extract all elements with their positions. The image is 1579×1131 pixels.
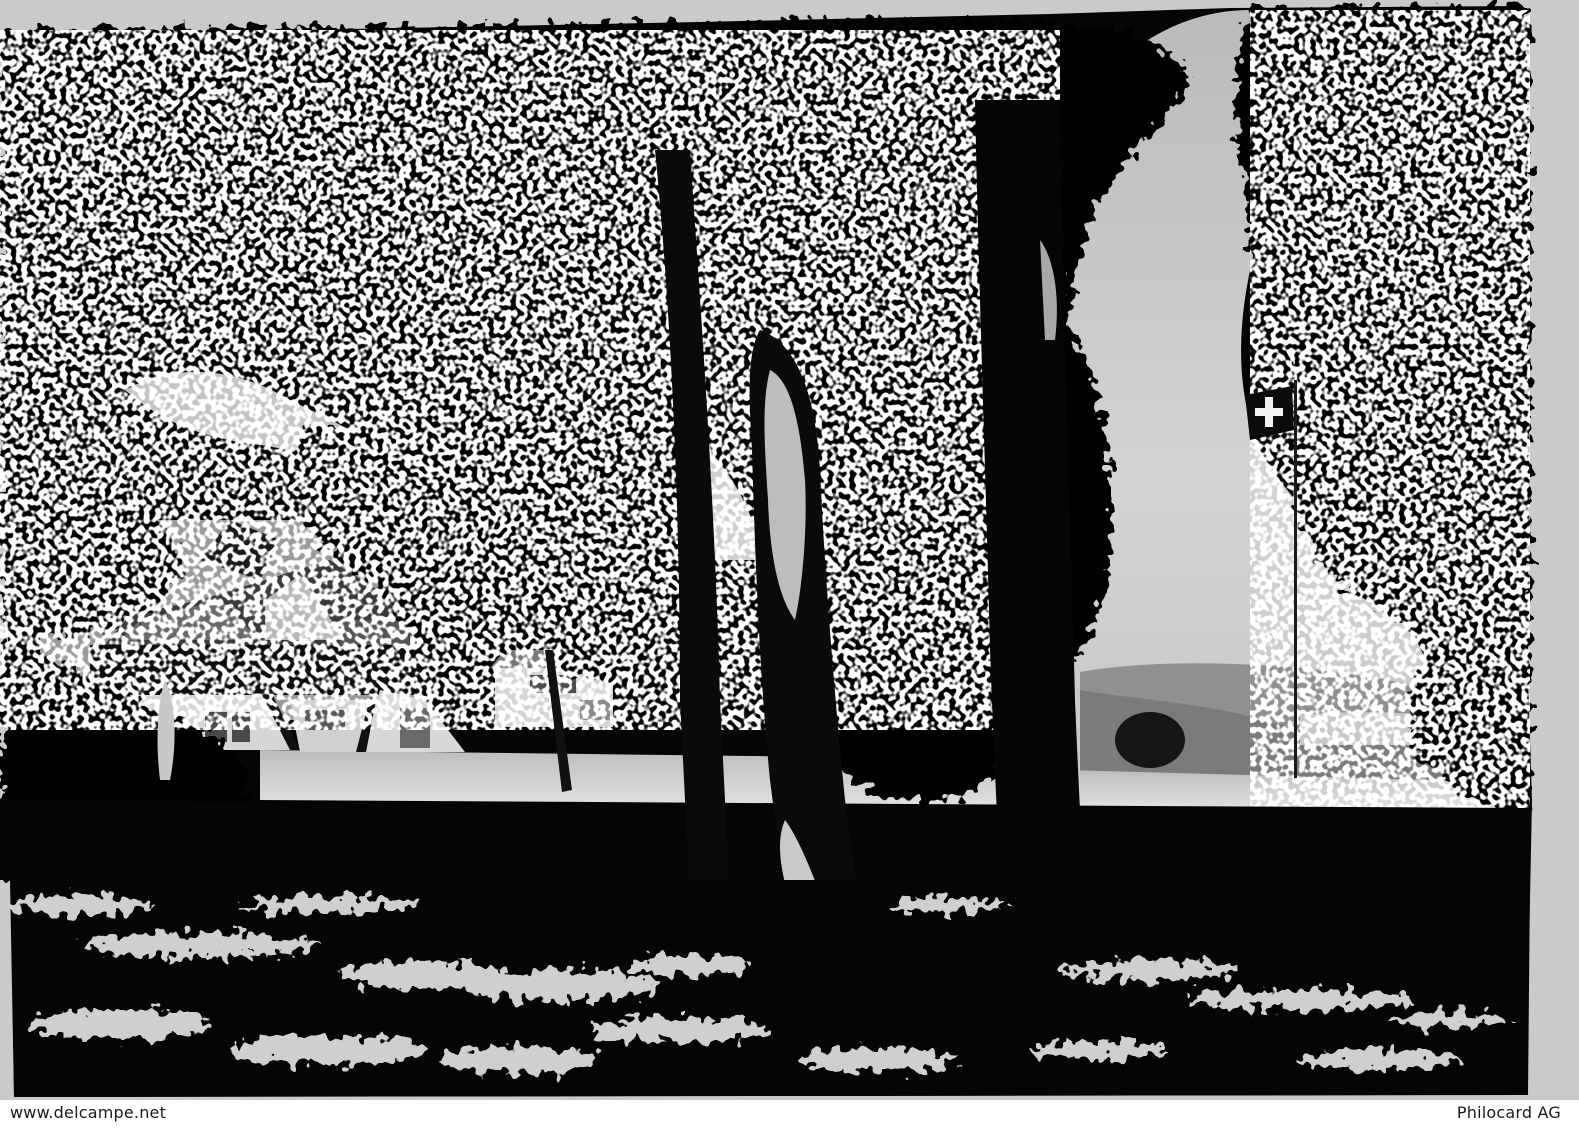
postcard-photo bbox=[0, 0, 1579, 1100]
watermark-philocard: Philocard AG bbox=[1457, 1103, 1561, 1122]
watermark-bar bbox=[0, 1100, 1579, 1131]
ground bbox=[10, 880, 1530, 1097]
watermark-delcampe: www.delcampe.net bbox=[10, 1103, 166, 1122]
hedge-shadow bbox=[0, 800, 1530, 880]
flagpole bbox=[1294, 380, 1297, 778]
